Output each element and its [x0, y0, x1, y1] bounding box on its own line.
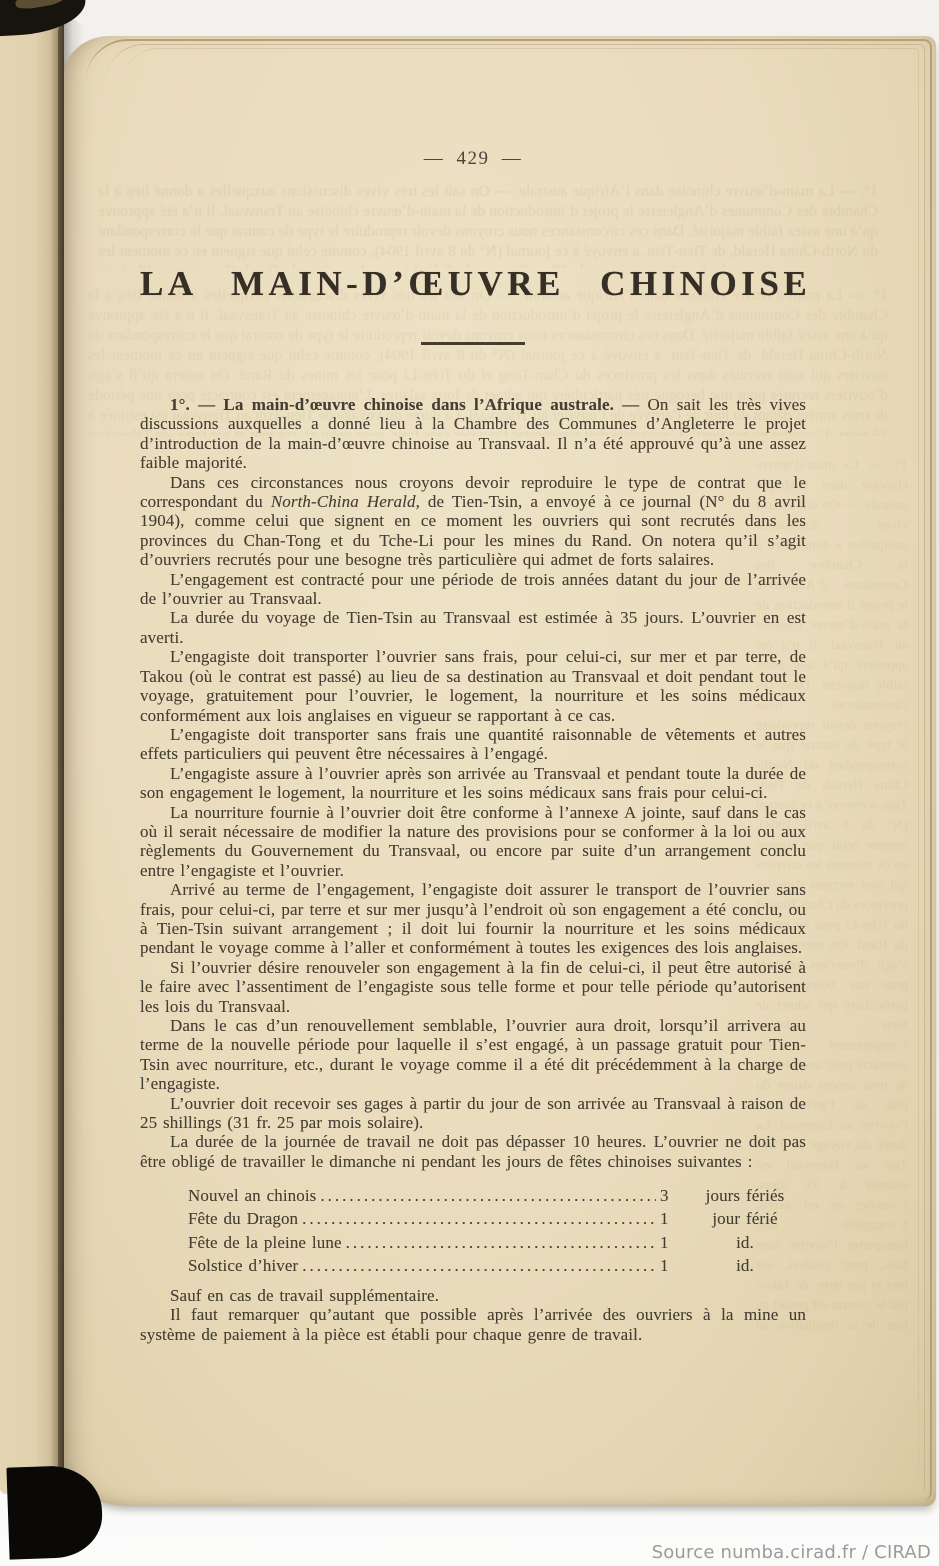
holiday-note: id. [684, 1254, 806, 1277]
source-attribution: Source numba.cirad.fr / CIRAD [652, 1542, 931, 1563]
title-rule-divider [421, 342, 525, 345]
holiday-note: jour férié [684, 1207, 806, 1230]
paragraph: Si l’ouvrier désire renouveler son engag… [140, 958, 806, 1016]
paragraph: La nourriture fournie à l’ouvrier doit ê… [140, 803, 806, 881]
dot-leader: ........................................… [302, 1254, 656, 1277]
holiday-row: Solstice d’hiver........................… [188, 1254, 806, 1277]
paragraph: L’engagement est contracté pour une péri… [140, 570, 806, 609]
paragraph: Dans le cas d’un renouvellement semblabl… [140, 1016, 806, 1094]
holiday-label: Nouvel an chinois [188, 1184, 316, 1207]
paragraph: L’engagiste assure à l’ouvrier après son… [140, 764, 806, 803]
paragraph: Sauf en cas de travail supplémentaire. [140, 1286, 806, 1305]
holiday-note: jours fériés [684, 1184, 806, 1207]
binding-fleck [15, 0, 64, 11]
holiday-list: Nouvel an chinois.......................… [188, 1184, 806, 1277]
paragraph: 1°. — La main-d’œuvre chinoise dans l’Af… [140, 395, 806, 473]
holiday-label: Fête de la pleine lune [188, 1231, 342, 1254]
dot-leader: ........................................… [320, 1184, 656, 1207]
dot-leader: ........................................… [302, 1207, 656, 1230]
text-column: — 429 — LA MAIN-D’ŒUVRE CHINOISE 1°. — L… [140, 36, 806, 1344]
holiday-label: Solstice d’hiver [188, 1254, 298, 1277]
holiday-row: Nouvel an chinois.......................… [188, 1184, 806, 1207]
book-page: 1°. — La main-d’œuvre chinoise dans l’Af… [64, 36, 936, 1506]
holiday-row: Fête du Dragon..........................… [188, 1207, 806, 1230]
holiday-row: Fête de la pleine lune..................… [188, 1231, 806, 1254]
paragraph: La durée de la journée de travail ne doi… [140, 1132, 806, 1171]
body-text: 1°. — La main-d’œuvre chinoise dans l’Af… [140, 395, 806, 1344]
paragraph: Dans ces circonstances nous croyons devo… [140, 473, 806, 570]
page-title: LA MAIN-D’ŒUVRE CHINOISE [140, 264, 806, 304]
holiday-note: id. [684, 1231, 806, 1254]
holiday-count: 1 [660, 1231, 684, 1254]
dot-leader: ........................................… [346, 1231, 656, 1254]
paragraph: Il faut remarquer qu’autant que possible… [140, 1305, 806, 1344]
holiday-count: 1 [660, 1207, 684, 1230]
closing-paragraphs: Sauf en cas de travail supplémentaire.Il… [140, 1286, 806, 1344]
adjacent-page-edge [0, 0, 64, 1494]
holiday-count: 1 [660, 1254, 684, 1277]
holiday-count: 3 [660, 1184, 684, 1207]
paragraph: L’ouvrier doit recevoir ses gages à part… [140, 1094, 806, 1133]
holiday-label: Fête du Dragon [188, 1207, 298, 1230]
paragraph: Arrivé au terme de l’engagement, l’engag… [140, 880, 806, 958]
paragraph: L’engagiste doit transporter l’ouvrier s… [140, 647, 806, 725]
body-paragraphs: 1°. — La main-d’œuvre chinoise dans l’Af… [140, 395, 806, 1171]
paragraph: L’engagiste doit transporter sans frais … [140, 725, 806, 764]
page-number: — 429 — [140, 148, 806, 170]
paragraph: La durée du voyage de Tien-Tsin au Trans… [140, 608, 806, 647]
